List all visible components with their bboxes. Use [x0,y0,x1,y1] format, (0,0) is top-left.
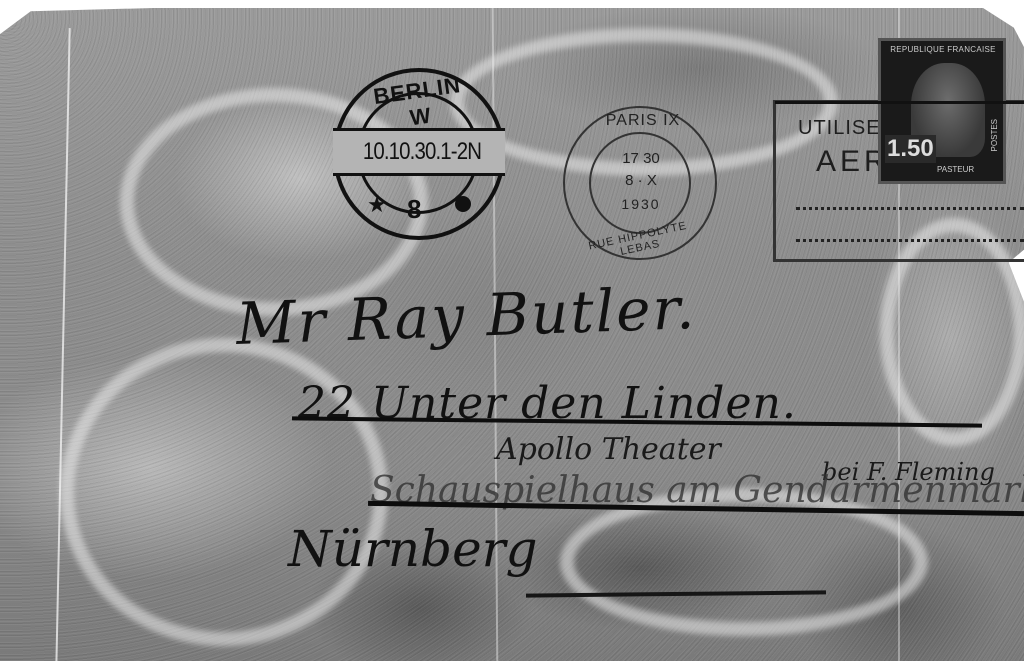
postmark-day-month: 8 · X [611,172,671,189]
stamp-value: 1.50 [885,135,936,163]
postmark-time: 17 30 [611,150,671,167]
stamp-side-text: POSTES [990,119,999,151]
postmark-year: 1930 [611,196,671,212]
postmark-date: 10.10.30.1-2N [358,138,486,166]
star-icon: ★ [367,192,387,218]
stamp-name: PASTEUR [937,165,974,174]
postage-stamp: REPUBLIQUE FRANCAISE 1.50 POSTES PASTEUR [878,38,1006,184]
postmark-city: PARIS IX [603,112,683,130]
dotted-line [796,239,1024,242]
dotted-line [796,207,1024,210]
stamp-header: REPUBLIQUE FRANCAISE [887,45,999,54]
berlin-postmark: BERLIN W 10.10.30.1-2N ★ 8 [333,68,505,240]
destination-city: Nürnberg [288,520,538,578]
crease-line [55,28,70,661]
postmark-code: 8 [407,194,421,225]
paris-postmark: PARIS IX 17 30 8 · X 1930 RUE HIPPOLYTE … [563,106,717,260]
cancel-bar [775,101,1024,104]
dot-icon [455,196,471,212]
redirect-address: Apollo Theater [496,432,721,467]
